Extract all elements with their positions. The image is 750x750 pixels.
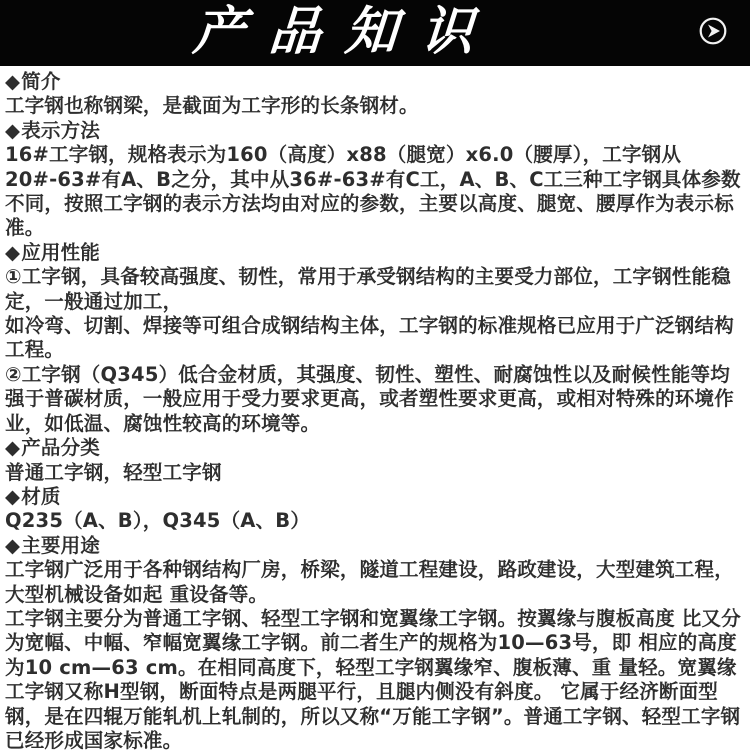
paragraph: ②工字钢（Q345）低合金材质，其强度、韧性、塑性、耐腐蚀性以及耐候性能等均强于… — [5, 363, 745, 436]
section-heading-notation: ◆表示方法 — [5, 119, 745, 143]
diamond-bullet-icon: ◆ — [5, 241, 20, 264]
heading-text: 主要用途 — [21, 534, 100, 557]
paragraph: 工字钢也称钢梁，是截面为工字形的长条钢材。 — [5, 94, 745, 118]
section-heading-material: ◆材质 — [5, 485, 745, 509]
diamond-bullet-icon: ◆ — [5, 119, 20, 142]
section-heading-intro: ◆简介 — [5, 70, 745, 94]
paragraph: ①工字钢，具备较高强度、韧性，常用于承受钢结构的主要受力部位，工字钢性能稳定，一… — [5, 265, 745, 314]
diamond-bullet-icon: ◆ — [5, 436, 20, 459]
heading-text: 材质 — [21, 485, 60, 508]
section-heading-usage: ◆主要用途 — [5, 534, 745, 558]
circle-arrow-right-icon[interactable] — [699, 17, 727, 45]
diamond-bullet-icon: ◆ — [5, 534, 20, 557]
diamond-bullet-icon: ◆ — [5, 485, 20, 508]
heading-text: 应用性能 — [21, 241, 100, 264]
paragraph: 工字钢广泛用于各种钢结构厂房，桥梁，隧道工程建设，路政建设，大型建筑工程，大型机… — [5, 558, 745, 607]
diamond-bullet-icon: ◆ — [5, 70, 20, 93]
section-heading-categories: ◆产品分类 — [5, 436, 745, 460]
banner-title: 产品知识 — [0, 0, 692, 66]
section-heading-performance: ◆应用性能 — [5, 241, 745, 265]
heading-text: 产品分类 — [21, 436, 100, 459]
paragraph: 工字钢主要分为普通工字钢、轻型工字钢和宽翼缘工字钢。按翼缘与腹板高度 比又分为宽… — [5, 607, 745, 750]
article-content: ◆简介 工字钢也称钢梁，是截面为工字形的长条钢材。 ◆表示方法 16#工字钢，规… — [0, 66, 750, 750]
paragraph: Q235（A、B），Q345（A、B） — [5, 509, 745, 533]
paragraph: 普通工字钢，轻型工字钢 — [5, 461, 745, 485]
header-banner: 产品知识 — [0, 0, 750, 66]
heading-text: 简介 — [21, 70, 60, 93]
paragraph: 如冷弯、切割、焊接等可组合成钢结构主体，工字钢的标准规格已应用于广泛钢结构工程。 — [5, 314, 745, 363]
heading-text: 表示方法 — [21, 119, 100, 142]
paragraph: 16#工字钢，规格表示为160（高度）x88（腿宽）x6.0（腰厚），工字钢从2… — [5, 143, 745, 241]
